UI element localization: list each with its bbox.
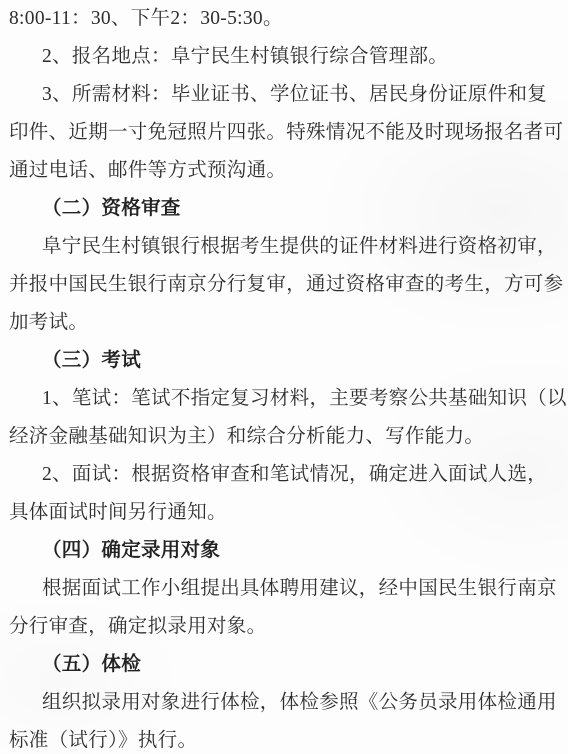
text-line: 2、面试：根据资格审查和笔试情况，确定进入面试人选， [9,456,562,494]
section-heading: （三）考试 [9,342,562,380]
section-heading: （五）体检 [9,646,562,684]
text-line: 并报中国民生银行南京分行复审，通过资格审查的考生，方可参 [9,266,562,304]
text-line: 通过电话、邮件等方式预沟通。 [9,152,562,190]
text-line: 具体面试时间另行通知。 [9,494,562,532]
text-line: 印件、近期一寸免冠照片四张。特殊情况不能及时现场报名者可 [9,114,562,152]
text-line: 2、报名地点：阜宁民生村镇银行综合管理部。 [9,38,562,76]
document-page: 8:00-11：30、下午2：30-5:30。2、报名地点：阜宁民生村镇银行综合… [0,0,568,754]
text-line: 分行审查，确定拟录用对象。 [9,608,562,646]
text-line: 标准（试行）》执行。 [9,722,562,754]
text-line: 8:00-11：30、下午2：30-5:30。 [9,0,562,38]
text-line: 3、所需材料：毕业证书、学位证书、居民身份证原件和复 [9,76,562,114]
text-line: 加考试。 [9,304,562,342]
section-heading: （四）确定录用对象 [9,532,562,570]
text-line: 1、笔试：笔试不指定复习材料，主要考察公共基础知识（以 [9,380,562,418]
text-line: 阜宁民生村镇银行根据考生提供的证件材料进行资格初审， [9,228,562,266]
section-heading: （二）资格审查 [9,190,562,228]
text-line: 根据面试工作小组提出具体聘用建议，经中国民生银行南京 [9,570,562,608]
text-line: 经济金融基础知识为主）和综合分析能力、写作能力。 [9,418,562,456]
document-body: 8:00-11：30、下午2：30-5:30。2、报名地点：阜宁民生村镇银行综合… [9,0,562,754]
text-line: 组织拟录用对象进行体检，体检参照《公务员录用体检通用 [9,684,562,722]
